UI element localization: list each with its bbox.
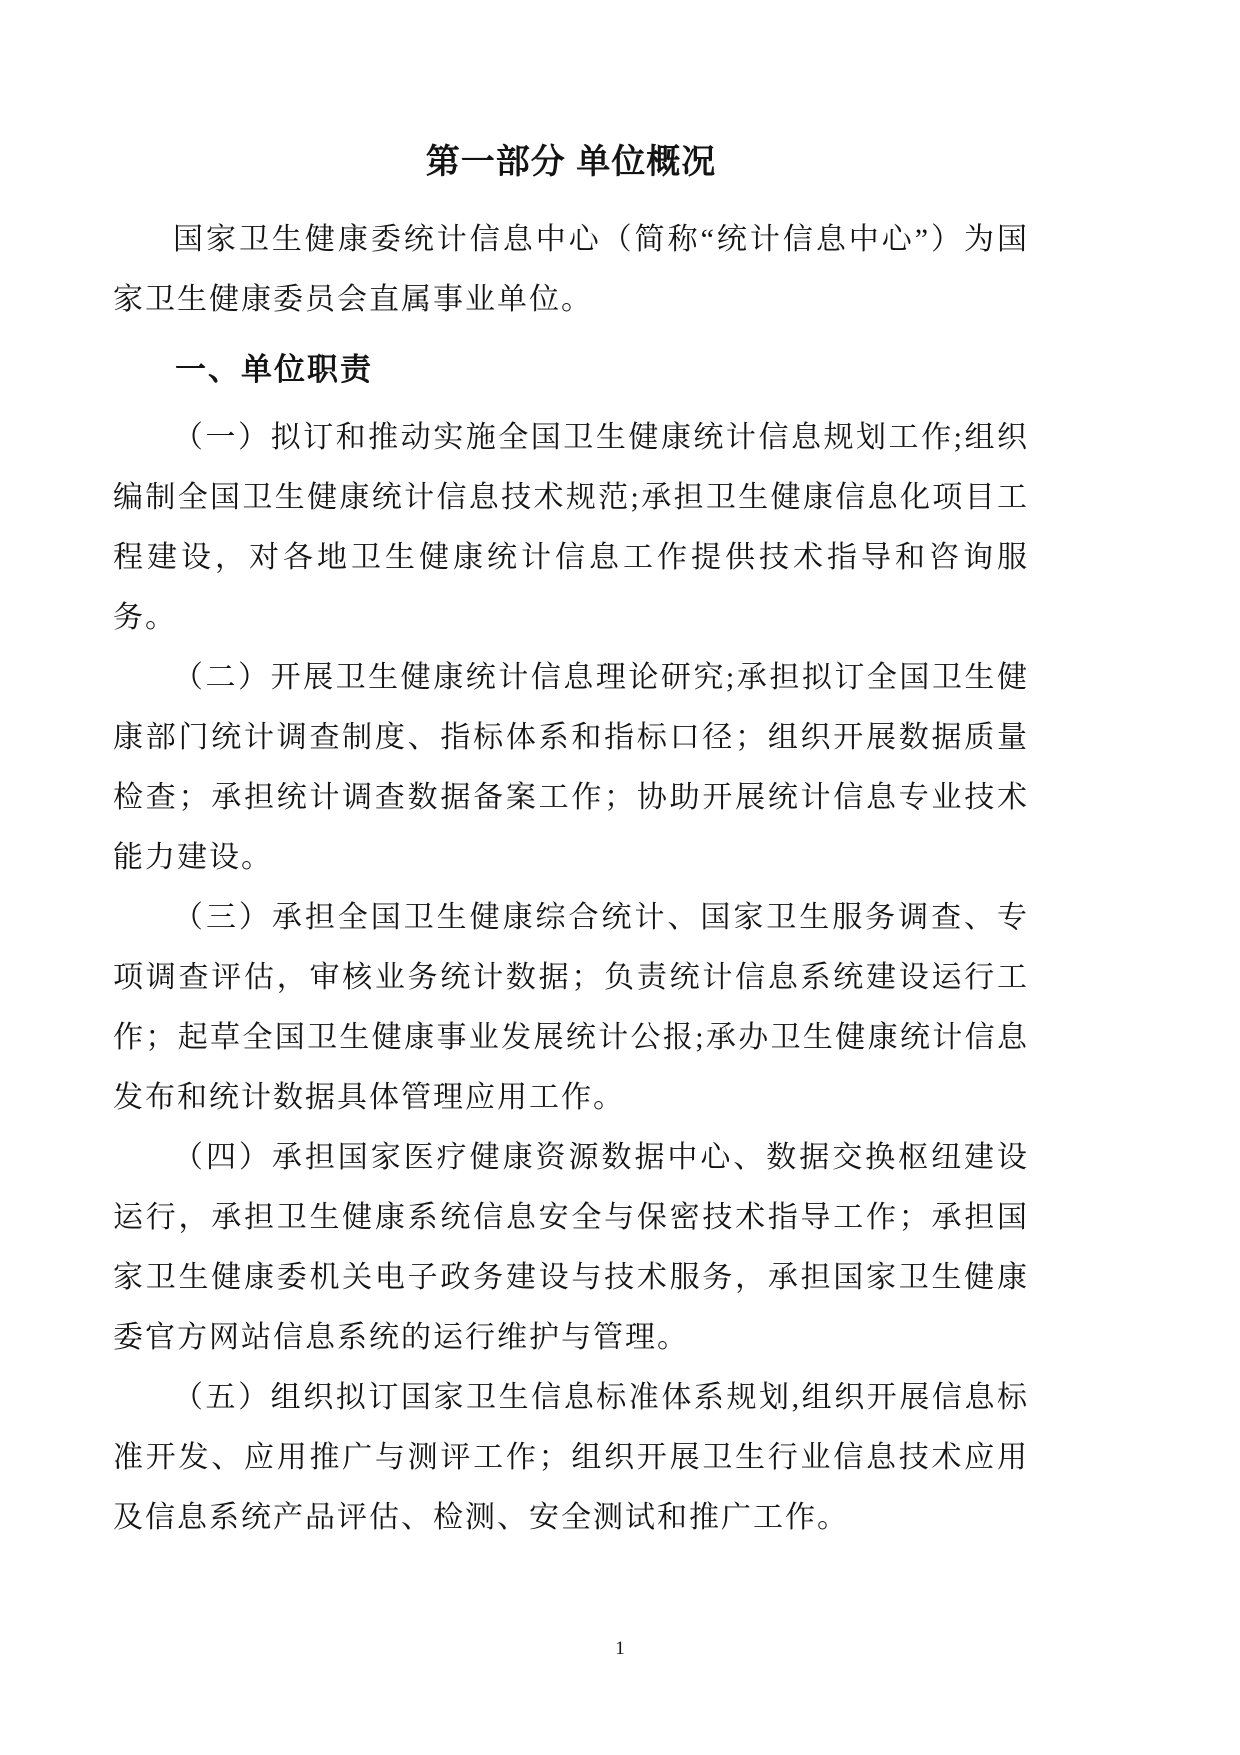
section-heading-duties: 一、单位职责 — [113, 340, 1029, 400]
page-number: 1 — [0, 1638, 1240, 1660]
duty-item-3: （三）承担全国卫生健康综合统计、国家卫生服务调查、专项调查评估，审核业务统计数据… — [113, 888, 1029, 1128]
duty-item-4: （四）承担国家医疗健康资源数据中心、数据交换枢纽建设运行，承担卫生健康系统信息安… — [113, 1128, 1029, 1368]
duty-item-2: （二）开展卫生健康统计信息理论研究;承担拟订全国卫生健康部门统计调查制度、指标体… — [113, 648, 1029, 888]
document-title: 第一部分 单位概况 — [113, 132, 1029, 192]
document-page: 第一部分 单位概况 国家卫生健康委统计信息中心（简称“统计信息中心”）为国家卫生… — [0, 0, 1240, 1755]
duty-item-5: （五）组织拟订国家卫生信息标准体系规划,组织开展信息标准开发、应用推广与测评工作… — [113, 1368, 1029, 1548]
document-content: 第一部分 单位概况 国家卫生健康委统计信息中心（简称“统计信息中心”）为国家卫生… — [113, 132, 1029, 1548]
intro-paragraph: 国家卫生健康委统计信息中心（简称“统计信息中心”）为国家卫生健康委员会直属事业单… — [113, 210, 1029, 330]
duty-item-1: （一）拟订和推动实施全国卫生健康统计信息规划工作;组织编制全国卫生健康统计信息技… — [113, 408, 1029, 648]
